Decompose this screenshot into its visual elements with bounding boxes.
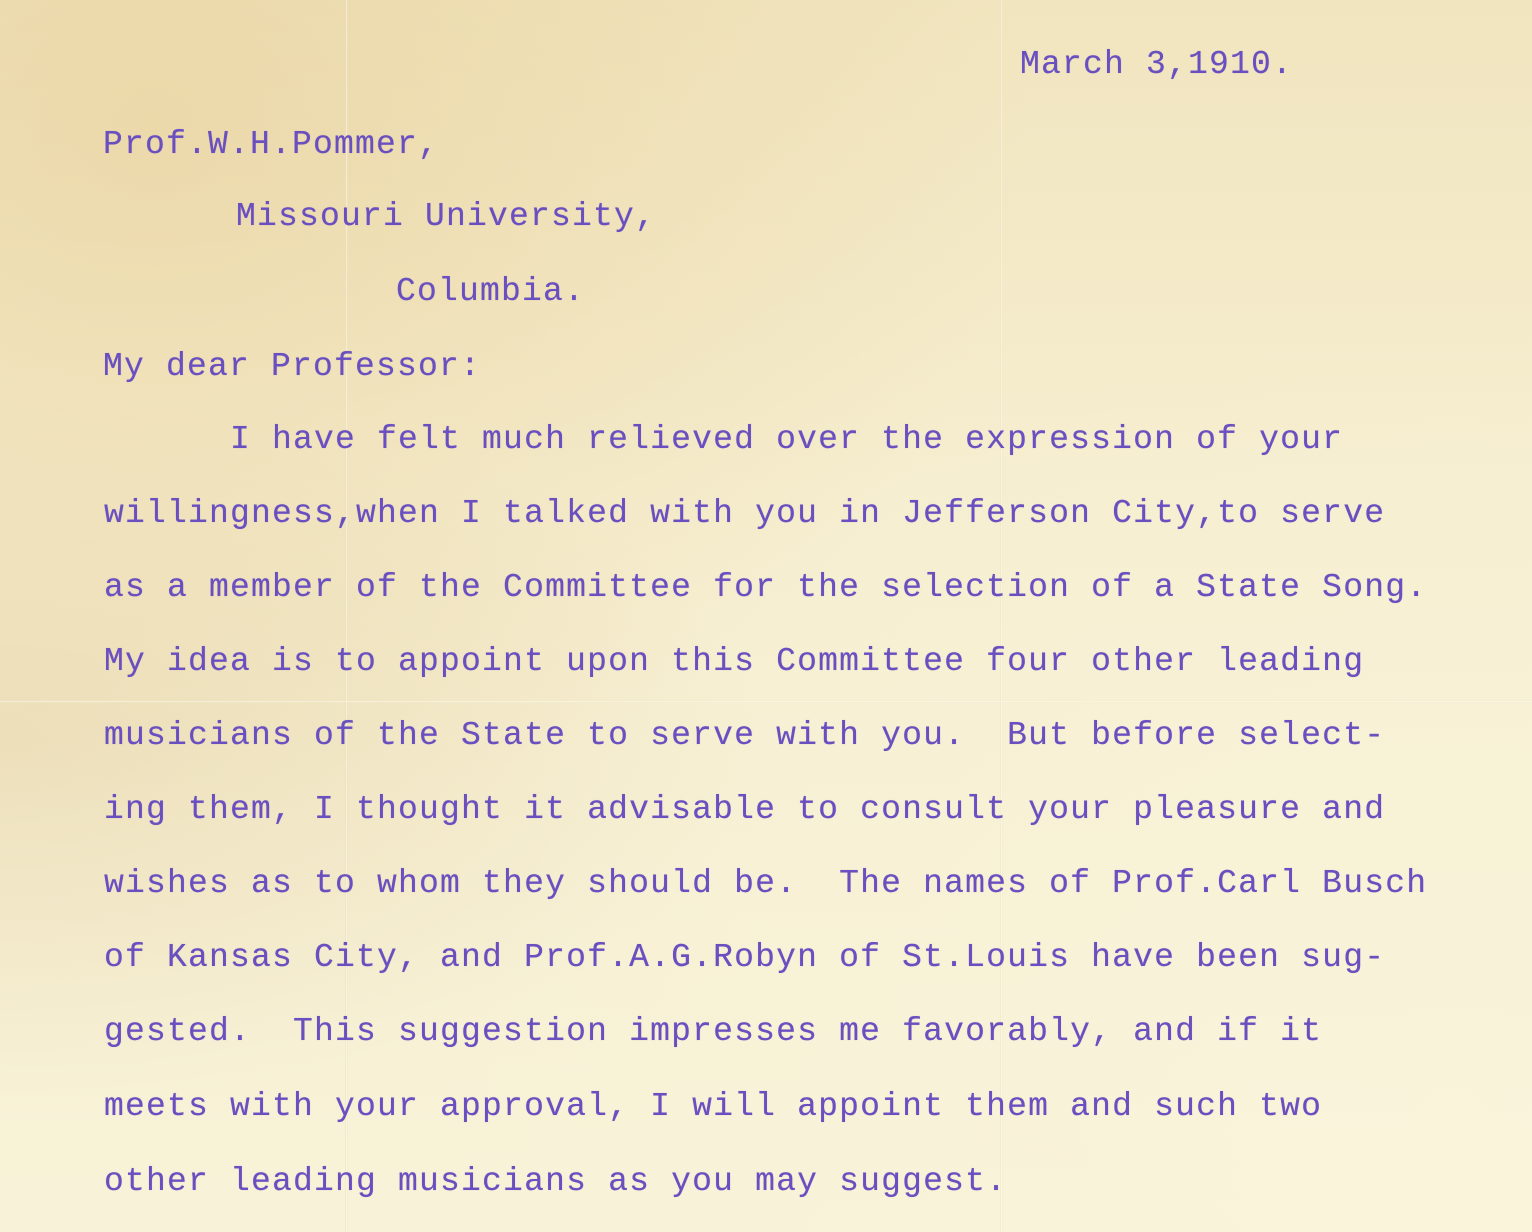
body-line: other leading musicians as you may sugge…	[104, 1165, 1007, 1198]
body-line: as a member of the Committee for the sel…	[104, 571, 1427, 604]
letter-date: March 3,1910.	[1020, 48, 1293, 81]
body-line: My idea is to appoint upon this Committe…	[104, 645, 1364, 678]
recipient-city: Columbia.	[396, 275, 585, 308]
body-line: musicians of the State to serve with you…	[104, 719, 1385, 752]
recipient-institution: Missouri University,	[236, 200, 656, 233]
paper-fold-horizontal	[0, 700, 1532, 703]
body-line: wishes as to whom they should be. The na…	[104, 867, 1427, 900]
salutation: My dear Professor:	[103, 350, 481, 383]
recipient-name: Prof.W.H.Pommer,	[103, 128, 439, 161]
body-line: ing them, I thought it advisable to cons…	[104, 793, 1385, 826]
body-line: gested. This suggestion impresses me fav…	[104, 1015, 1322, 1048]
body-line: I have felt much relieved over the expre…	[104, 423, 1343, 456]
body-line: of Kansas City, and Prof.A.G.Robyn of St…	[104, 941, 1385, 974]
body-line: willingness,when I talked with you in Je…	[104, 497, 1385, 530]
body-line: meets with your approval, I will appoint…	[104, 1090, 1322, 1123]
letter-page: March 3,1910. Prof.W.H.Pommer, Missouri …	[0, 0, 1532, 1232]
